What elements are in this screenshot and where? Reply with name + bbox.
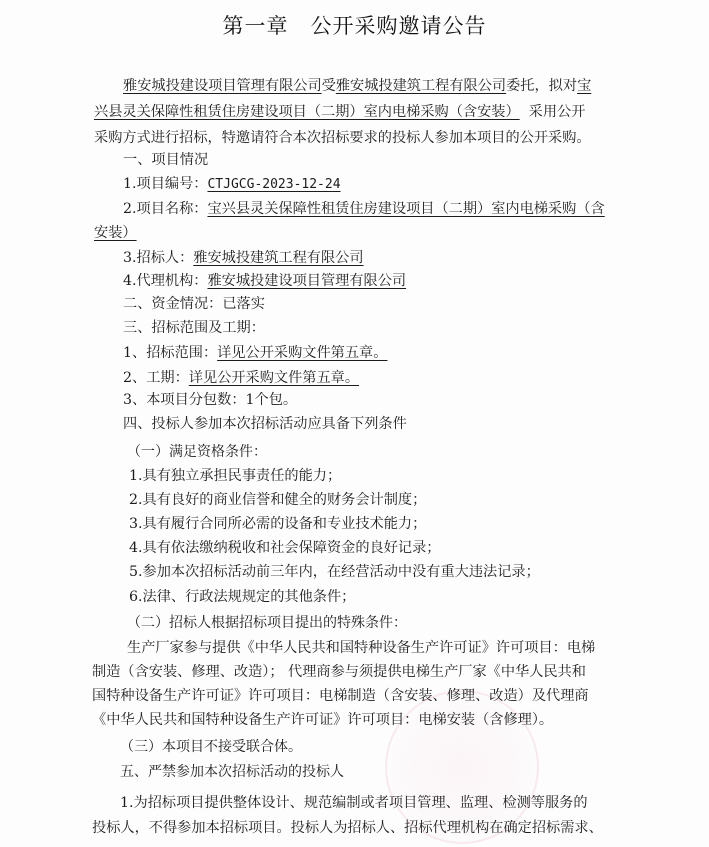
project-name-value: 宝兴县灵关保障性租赁住房建设项目（二期）室内电梯采购（含 — [207, 201, 604, 217]
agent-name: 雅安城投建设项目管理有限公司 — [123, 78, 322, 94]
scope-value: 详见公开采购文件第五章。 — [217, 345, 387, 361]
chapter-label: 第一章 — [223, 14, 289, 38]
document-page: 第一章公开采购邀请公告 雅安城投建设项目管理有限公司受雅安城投建筑工程有限公司委… — [0, 0, 709, 847]
tenderer-label: 3.招标人： — [123, 250, 193, 266]
condition-4: 4.具有依法缴纳税收和社会保障资金的良好记录； — [129, 538, 440, 558]
intro-line-3: 采购方式进行招标，特邀请符合本次招标要求的投标人参加本项目的公开采购。 — [94, 128, 591, 148]
intro-line-1: 雅安城投建设项目管理有限公司受雅安城投建筑工程有限公司委托，拟对宝 — [123, 76, 591, 96]
project-name-value-cont: 安装） — [94, 225, 137, 241]
special-conditions-heading: （二）招标人根据招标项目提出的特殊条件： — [127, 613, 407, 633]
condition-6: 6.法律、行政法规规定的其他条件； — [129, 587, 355, 607]
text-fragment: 受 — [322, 78, 336, 94]
condition-5: 5.参加本次招标活动前三年内，在经营活动中没有重大违法记录； — [129, 562, 540, 582]
project-number-label: 1.项目编号： — [123, 176, 207, 192]
scope-row: 1、招标范围：详见公开采购文件第五章。 — [123, 343, 387, 363]
text-fragment: 委托，拟对 — [506, 78, 577, 94]
project-name-start: 宝 — [577, 78, 591, 94]
project-name-row-cont: 安装） — [94, 223, 137, 243]
package-count-row: 3、本项目分包数：1个包。 — [123, 390, 297, 410]
agency-value: 雅安城投建设项目管理有限公司 — [207, 273, 406, 289]
no-consortium-heading: （三）本项目不接受联合体。 — [120, 737, 302, 757]
section-2-heading: 二、资金情况：已落实 — [123, 294, 265, 314]
tenderer-row: 3.招标人：雅安城投建筑工程有限公司 — [123, 248, 364, 268]
section-5-heading: 五、严禁参加本次招标活动的投标人 — [120, 762, 344, 782]
agency-label: 4.代理机构： — [123, 273, 207, 289]
page-title: 第一章公开采购邀请公告 — [0, 10, 709, 40]
prohibited-line-2: 投标人，不得参加本招标项目。投标人为招标人、招标代理机构在确定招标需求、 — [92, 818, 603, 838]
prohibited-line-1: 1.为招标项目提供整体设计、规范编制或者项目管理、监理、检测等服务的 — [120, 793, 588, 813]
project-name-row: 2.项目名称：宝兴县灵关保障性租赁住房建设项目（二期）室内电梯采购（含 — [123, 199, 605, 219]
condition-2: 2.具有良好的商业信誉和健全的财务会计制度； — [129, 490, 426, 510]
tenderer-value: 雅安城投建筑工程有限公司 — [193, 250, 363, 266]
project-number-value: CTJGCG-2023-12-24 — [207, 177, 340, 192]
project-name-rest: 兴县灵关保障性租赁住房建设项目（二期）室内电梯采购（含安装） — [94, 104, 520, 120]
condition-3: 3.具有履行合同所必需的设备和专业技术能力； — [129, 514, 426, 534]
tenderer-name: 雅安城投建筑工程有限公司 — [336, 78, 506, 94]
duration-row: 2、工期：详见公开采购文件第五章。 — [123, 368, 359, 388]
section-4-heading: 四、投标人参加本次招标活动应具备下列条件 — [123, 414, 407, 434]
section-1-heading: 一、项目情况 — [123, 150, 208, 170]
chapter-title: 公开采购邀请公告 — [311, 14, 487, 38]
duration-value: 详见公开采购文件第五章。 — [189, 370, 359, 386]
section-3-heading: 三、招标范围及工期： — [123, 318, 265, 338]
project-name-label: 2.项目名称： — [123, 201, 207, 217]
special-condition-line-4: 《中华人民共和国特种设备生产许可证》许可项目：电梯安装（含修理）。 — [92, 710, 553, 730]
condition-1: 1.具有独立承担民事责任的能力； — [129, 466, 341, 486]
scope-label: 1、招标范围： — [123, 345, 217, 361]
project-number-row: 1.项目编号：CTJGCG-2023-12-24 — [123, 174, 341, 195]
duration-label: 2、工期： — [123, 370, 189, 386]
special-condition-line-2: 制造（含安装、修理、改造）； 代理商参与须提供电梯生产厂家《中华人民共和 — [92, 662, 586, 682]
qualification-heading: （一）满足资格条件： — [127, 442, 267, 462]
intro-line-2: 兴县灵关保障性租赁住房建设项目（二期）室内电梯采购（含安装） 采用公开 — [94, 102, 585, 122]
special-condition-line-1: 生产厂家参与提供《中华人民共和国特种设备生产许可证》许可项目：电梯 — [127, 638, 595, 658]
special-condition-line-3: 国特种设备生产许可证》许可项目：电梯制造（含安装、修理、改造）及代理商 — [92, 686, 589, 706]
agency-row: 4.代理机构：雅安城投建设项目管理有限公司 — [123, 271, 406, 291]
text-fragment: 采用公开 — [529, 104, 586, 120]
